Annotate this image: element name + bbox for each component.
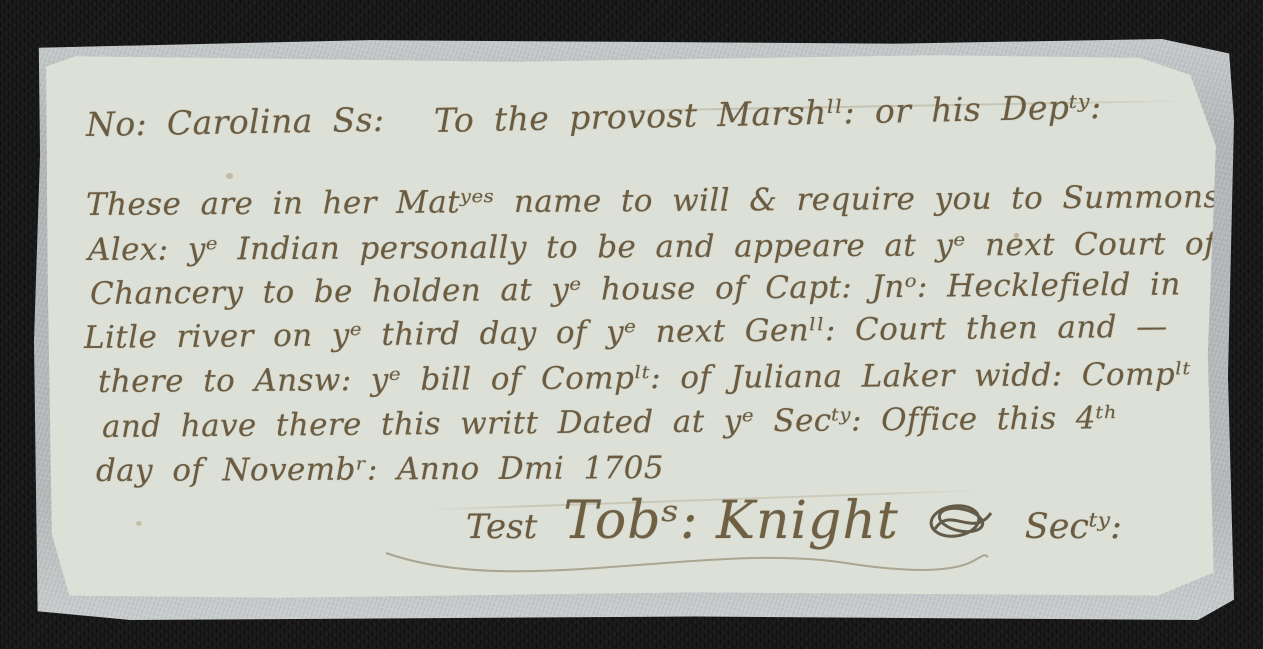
signature-office: Secᵗʸ: (1025, 507, 1122, 547)
body-line: These are in her Matʸᵉˢ name to will & r… (86, 179, 1220, 223)
body-line: there to Answ: yᵉ bill of Compˡᵗ: of Jul… (98, 356, 1191, 400)
manuscript-paper: No: Carolina Ss: To the provost Marshˡˡ:… (46, 53, 1216, 600)
body-line: Chancery to be holden at yᵉ house of Cap… (90, 266, 1181, 312)
photograph-of-manuscript: No: Carolina Ss: To the provost Marshˡˡ:… (0, 0, 1263, 649)
foxing-spot (226, 173, 233, 179)
header-jurisdiction: No: Carolina Ss: (86, 100, 385, 144)
foxing-spot (136, 521, 142, 526)
header-address: To the provost Marshˡˡ: or his Depᵗʸ: (434, 87, 1102, 140)
body-line: Alex: yᵉ Indian personally to be and app… (88, 226, 1216, 268)
body-line: and have there this writt Dated at yᵉ Se… (102, 400, 1118, 445)
body-line: day of Novembʳ: Anno Dmi 1705 (96, 450, 664, 489)
body-line: Litle river on yᵉ third day of yᵉ next G… (84, 309, 1168, 356)
